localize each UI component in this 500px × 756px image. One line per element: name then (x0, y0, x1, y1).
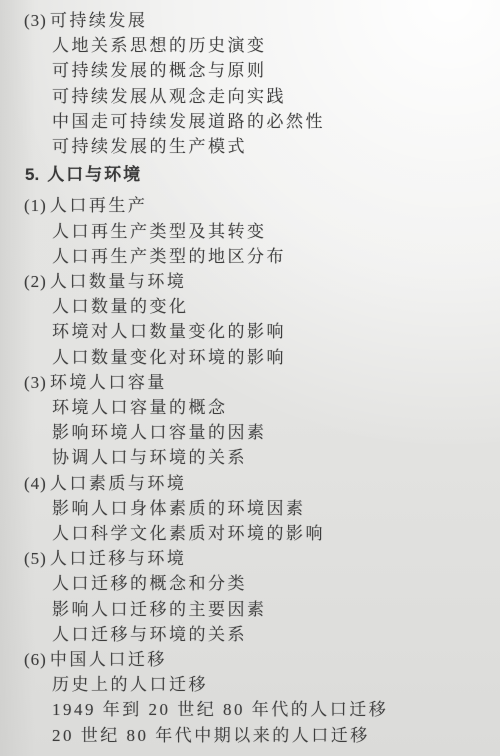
toc-entry-label: (6) (24, 650, 47, 669)
chapter-number: 5. (25, 165, 39, 184)
toc-subentry: 人口数量的变化 (52, 294, 490, 319)
toc-subentry: 影响人口迁移的主要因素 (52, 597, 490, 622)
toc-subentry: 协调人口与环境的关系 (52, 445, 490, 470)
toc-entry-title: 人口再生产 (50, 196, 148, 215)
toc-subentry: 人口迁移的概念和分类 (52, 571, 490, 596)
toc-subentry: 中国走可持续发展道路的必然性 (52, 109, 490, 134)
toc-entry-label: (1) (24, 196, 47, 215)
toc-subentry: 环境人口容量的概念 (52, 395, 490, 420)
toc-entry: (6)中国人口迁移 (24, 647, 490, 672)
chapter-heading: 5.人口与环境 (25, 162, 490, 187)
toc-subentry: 环境对人口数量变化的影响 (52, 319, 490, 344)
toc-subentry: 影响环境人口容量的因素 (52, 420, 490, 445)
toc-subentry: 1949 年到 20 世纪 80 年代的人口迁移 (52, 697, 490, 722)
toc-entry-label: (5) (24, 549, 47, 568)
toc-entry-label: (3) (24, 11, 47, 30)
toc-subentry: 历史上的人口迁移 (52, 672, 490, 697)
toc-subentry: 可持续发展的概念与原则 (52, 58, 490, 83)
toc-entry-title: 人口数量与环境 (50, 272, 187, 291)
toc-subentry: 人地关系思想的历史演变 (52, 33, 490, 58)
toc-subentry: 人口科学文化素质对环境的影响 (52, 521, 490, 546)
toc-subentry: 20 世纪 80 年代中期以来的人口迁移 (52, 723, 490, 748)
toc-entry: (3)可持续发展 (24, 8, 490, 33)
toc-entry-label: (4) (24, 474, 47, 493)
toc-entry: (1)人口再生产 (24, 193, 490, 218)
toc-entry: (4)人口素质与环境 (24, 471, 490, 496)
toc-entry-label: (2) (24, 272, 47, 291)
toc-subentry: 人口再生产类型及其转变 (52, 219, 490, 244)
toc-entry-title: 可持续发展 (50, 11, 148, 30)
toc-subentry: 可持续发展的生产模式 (52, 134, 490, 159)
toc-entry-title: 人口素质与环境 (50, 474, 187, 493)
toc-entry: (2)人口数量与环境 (24, 269, 490, 294)
toc-entry: (5)人口迁移与环境 (24, 546, 490, 571)
toc-subentry: 影响人口身体素质的环境因素 (52, 496, 490, 521)
scanned-page: (3)可持续发展 人地关系思想的历史演变 可持续发展的概念与原则 可持续发展从观… (0, 0, 500, 748)
toc-entry: (3)环境人口容量 (24, 370, 490, 395)
toc-subentry: 可持续发展从观念走向实践 (52, 84, 490, 109)
toc-subentry: 人口数量变化对环境的影响 (52, 345, 490, 370)
toc-entry-label: (3) (24, 373, 47, 392)
chapter-title: 人口与环境 (47, 165, 142, 184)
toc-subentry: 人口迁移与环境的关系 (52, 622, 490, 647)
toc-entry-title: 中国人口迁移 (50, 650, 167, 669)
toc-subentry: 人口再生产类型的地区分布 (52, 244, 490, 269)
toc-entry-title: 环境人口容量 (50, 373, 167, 392)
toc-entry-title: 人口迁移与环境 (50, 549, 187, 568)
